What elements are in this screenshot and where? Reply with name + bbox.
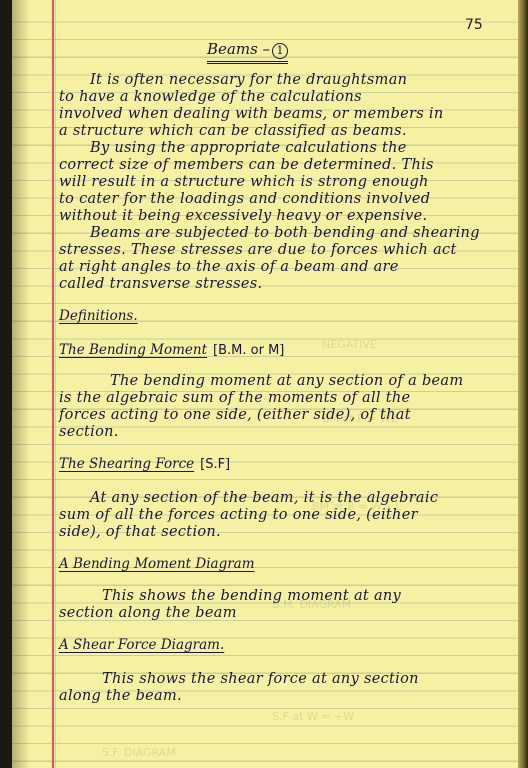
definition-term-sf-diagram: A Shear Force Diagram.	[59, 637, 224, 653]
text-line: This shows the shear force at any sectio…	[102, 671, 419, 687]
text-line: side), of that section.	[59, 524, 221, 540]
text-line: Beams are subjected to both bending and …	[90, 225, 480, 241]
text-line: forces acting to one side, (either side)…	[59, 407, 411, 423]
text-line: section along the beam	[59, 605, 237, 621]
show-through-text: NEGATIVE	[322, 338, 377, 351]
text-line: At any section of the beam, it is the al…	[90, 490, 438, 506]
text-line: By using the appropriate calculations th…	[90, 140, 407, 156]
term-text: The Bending Moment	[59, 342, 207, 358]
margin-line	[52, 0, 54, 768]
text-line: It is often necessary for the draughtsma…	[90, 72, 407, 88]
definition-term-bm-diagram: A Bending Moment Diagram	[59, 556, 255, 572]
show-through-text: S.F at W = +W	[272, 710, 354, 723]
text-line: along the beam.	[59, 688, 182, 704]
text-line: This shows the bending moment at any	[102, 588, 401, 604]
definition-term-bending-moment: The Bending Moment[B.M. or M]	[59, 342, 284, 358]
page-title: Beams –1	[207, 40, 288, 64]
page-edge	[518, 0, 528, 768]
text-line: called transverse stresses.	[59, 276, 262, 292]
circled-number: 1	[272, 43, 288, 59]
definition-term-shearing-force: The Shearing Force[S.F]	[59, 456, 230, 472]
term-abbreviation: [B.M. or M]	[213, 343, 284, 358]
text-line: at right angles to the axis of a beam an…	[59, 259, 399, 275]
show-through-text: S.F. DIAGRAM	[102, 746, 176, 759]
title-text: Beams –	[207, 40, 270, 58]
text-line: The bending moment at any section of a b…	[110, 373, 463, 389]
term-text: A Shear Force Diagram.	[59, 637, 224, 653]
text-line: will result in a structure which is stro…	[59, 174, 429, 190]
text-line: section.	[59, 424, 119, 440]
text-line: is the algebraic sum of the moments of a…	[59, 390, 410, 406]
text-line: involved when dealing with beams, or mem…	[59, 106, 444, 122]
term-abbreviation: [S.F]	[200, 457, 230, 472]
text-line: stresses. These stresses are due to forc…	[59, 242, 457, 258]
page-number: 75	[465, 17, 483, 33]
notebook-page: NEGATIVE BM at P = WZ BM at B = W x L B.…	[12, 0, 518, 768]
margin-line-shadow	[55, 0, 56, 768]
text-line: without it being excessively heavy or ex…	[59, 208, 427, 224]
text-line: to cater for the loadings and conditions…	[59, 191, 430, 207]
text-line: correct size of members can be determine…	[59, 157, 434, 173]
text-line: a structure which can be classified as b…	[59, 123, 407, 139]
text-line: to have a knowledge of the calculations	[59, 89, 362, 105]
term-text: The Shearing Force	[59, 456, 194, 472]
definitions-heading: Definitions.	[59, 308, 138, 324]
text-line: sum of all the forces acting to one side…	[59, 507, 418, 523]
term-text: A Bending Moment Diagram	[59, 556, 255, 572]
